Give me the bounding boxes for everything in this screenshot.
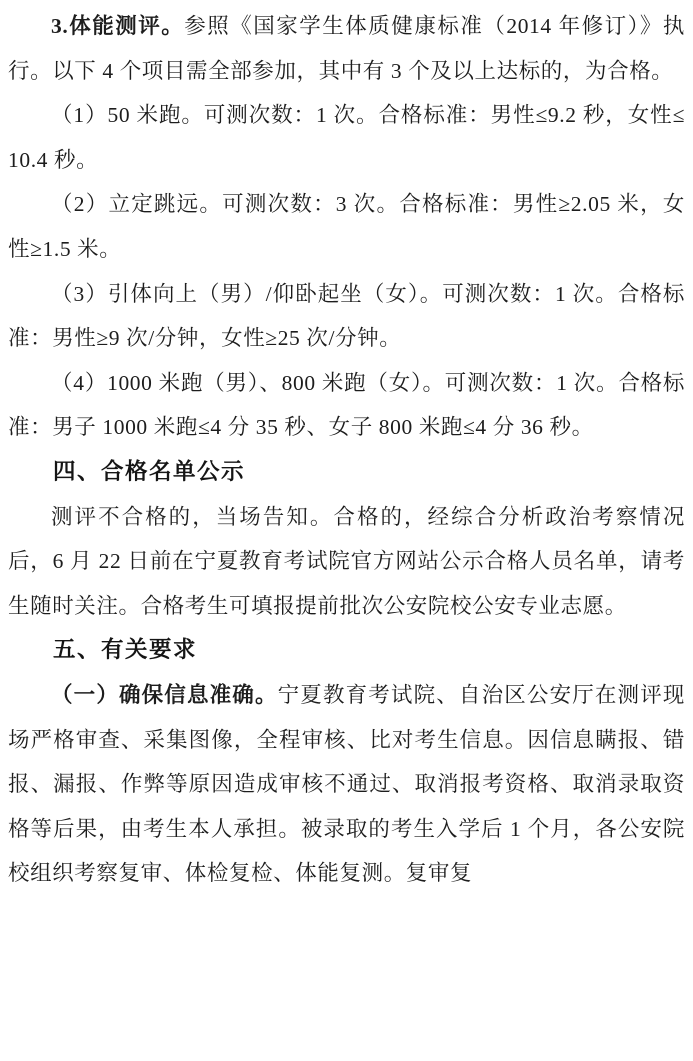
paragraph-qualified-list-body: 测评不合格的，当场告知。合格的，经综合分析政治考察情况后，6 月 22 日前在宁… xyxy=(8,495,685,629)
paragraph-text: 测评不合格的，当场告知。合格的，经综合分析政治考察情况后，6 月 22 日前在宁… xyxy=(8,505,685,618)
paragraph-bold-lead: 3.体能测评。 xyxy=(51,14,184,38)
paragraph-requirement-1-info-accuracy: （一）确保信息准确。宁夏教育考试院、自治区公安厅在测评现场严格审查、采集图像，全… xyxy=(8,673,685,896)
paragraph-text: （1）50 米跑。可测次数：1 次。合格标准：男性≤9.2 秒，女性≤10.4 … xyxy=(8,103,685,172)
paragraph-item-1-50m-run: （1）50 米跑。可测次数：1 次。合格标准：男性≤9.2 秒，女性≤10.4 … xyxy=(8,93,685,182)
paragraph-text: （2）立定跳远。可测次数：3 次。合格标准：男性≥2.05 米，女性≥1.5 米… xyxy=(8,192,685,261)
paragraph-text: （4）1000 米跑（男）、800 米跑（女）。可测次数：1 次。合格标准：男子… xyxy=(8,371,685,440)
section-heading-4-qualified-list: 四、合格名单公示 xyxy=(8,450,685,495)
paragraph-item-3-pullups-situps: （3）引体向上（男）/仰卧起坐（女）。可测次数：1 次。合格标准：男性≥9 次/… xyxy=(8,272,685,361)
paragraph-item-2-standing-jump: （2）立定跳远。可测次数：3 次。合格标准：男性≥2.05 米，女性≥1.5 米… xyxy=(8,182,685,271)
paragraph-text: 宁夏教育考试院、自治区公安厅在测评现场严格审查、采集图像，全程审核、比对考生信息… xyxy=(8,683,685,885)
document-page: 3.体能测评。参照《国家学生体质健康标准（2014 年修订）》执行。以下 4 个… xyxy=(0,0,693,1061)
paragraph-bold-lead: （一）确保信息准确。 xyxy=(51,683,278,707)
paragraph-item-4-distance-run: （4）1000 米跑（男）、800 米跑（女）。可测次数：1 次。合格标准：男子… xyxy=(8,361,685,450)
paragraph-fitness-test-intro: 3.体能测评。参照《国家学生体质健康标准（2014 年修订）》执行。以下 4 个… xyxy=(8,4,685,93)
section-heading-5-requirements: 五、有关要求 xyxy=(8,628,685,673)
paragraph-text: （3）引体向上（男）/仰卧起坐（女）。可测次数：1 次。合格标准：男性≥9 次/… xyxy=(8,282,685,351)
